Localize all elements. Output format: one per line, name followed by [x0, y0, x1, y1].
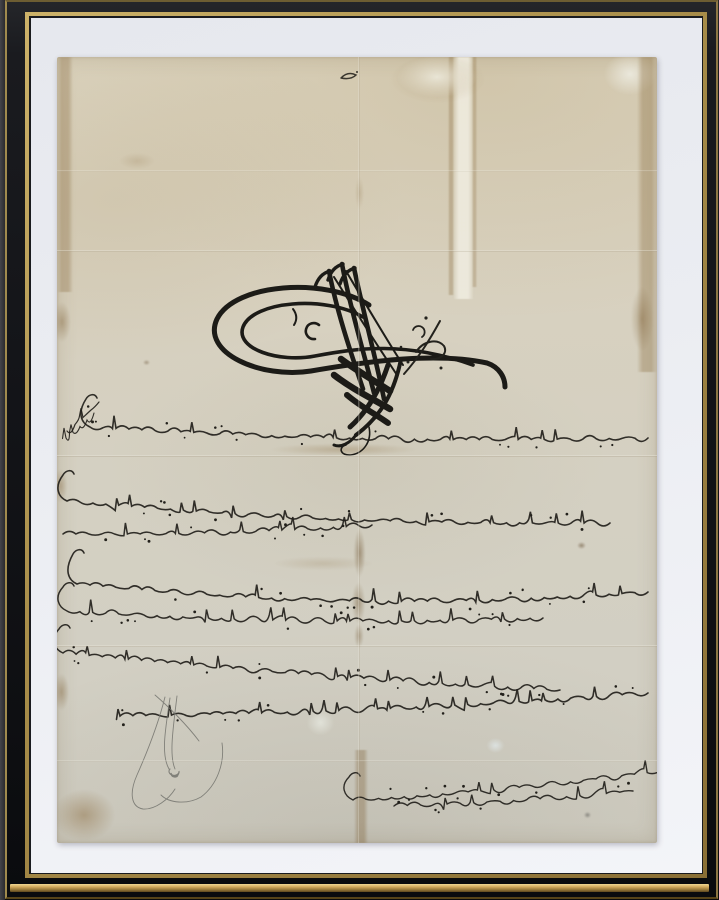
- diacritic-dot: [236, 439, 238, 441]
- diacritic-dot: [550, 517, 552, 519]
- diacritic-dot: [347, 607, 349, 609]
- frame-bottom-gold-stripe: [10, 884, 709, 892]
- manuscript-paper: [57, 57, 657, 843]
- diacritic-dot: [502, 693, 505, 696]
- diacritic-dot: [287, 627, 289, 629]
- diacritic-dot: [611, 444, 613, 446]
- diacritic-dot: [462, 785, 465, 788]
- diacritic-dot: [479, 807, 481, 809]
- diacritic-dot: [632, 687, 634, 689]
- calligraphy-line: [344, 760, 657, 800]
- calligraphy-line: [117, 687, 649, 720]
- diacritic-dot: [319, 604, 322, 607]
- tughra-side-signature: [400, 316, 445, 374]
- invocation-mark: [341, 71, 358, 79]
- diacritic-dot: [588, 587, 590, 589]
- diacritic-dot: [509, 592, 512, 595]
- diacritic-dot: [104, 538, 107, 541]
- diacritic-dot: [442, 712, 445, 715]
- diacritic-dot: [77, 662, 79, 664]
- diacritic-dot: [321, 535, 324, 538]
- diacritic-dot: [348, 510, 350, 512]
- diacritic-dot: [357, 669, 360, 672]
- diacritic-dot: [224, 719, 226, 721]
- diacritic-dot: [397, 687, 399, 689]
- diacritic-dot: [190, 526, 192, 528]
- diacritic-dot: [74, 660, 76, 662]
- diacritic-dot: [535, 791, 537, 793]
- diacritic-dot: [522, 589, 524, 591]
- diacritic-dot: [373, 626, 376, 629]
- diacritic-dot: [148, 540, 151, 543]
- diacritic-dot: [340, 611, 343, 614]
- diacritic-dot: [583, 601, 586, 604]
- diacritic-dot: [371, 606, 374, 609]
- diacritic-dot: [87, 405, 90, 408]
- diacritic-dot: [456, 797, 458, 799]
- diacritic-dot: [549, 603, 551, 605]
- diacritic-dot: [581, 528, 584, 531]
- diacritic-dot: [353, 606, 355, 608]
- diacritic-dot: [507, 446, 509, 448]
- framed-document-photo: Photograph of an aged Ottoman manuscript…: [0, 0, 719, 900]
- diacritic-dot: [497, 793, 500, 796]
- diacritic-dot: [330, 605, 333, 608]
- calligraphy-line: [81, 395, 648, 443]
- diacritic-dot: [121, 709, 123, 711]
- diacritic-dot: [300, 508, 302, 510]
- diacritic-dot: [469, 608, 472, 611]
- diacritic-dot: [486, 691, 488, 693]
- diacritic-dot: [508, 624, 510, 626]
- diacritic-dot: [615, 685, 618, 688]
- diacritic-dot: [422, 711, 424, 713]
- diacritic-dot: [163, 501, 166, 504]
- diacritic-dot: [374, 430, 376, 432]
- diacritic-dot: [193, 610, 196, 613]
- diacritic-dot: [492, 613, 494, 615]
- calligraphy-line: [58, 583, 543, 624]
- calligraphy-line: [63, 517, 372, 536]
- calligraphy-line: [57, 625, 560, 691]
- diacritic-dot: [301, 443, 303, 445]
- picture-frame: [0, 0, 719, 900]
- ink-layer: [57, 57, 657, 843]
- diacritic-dot: [160, 500, 162, 502]
- diacritic-dot: [258, 676, 261, 679]
- diacritic-dot: [367, 628, 370, 631]
- calligraphy-line: [58, 471, 610, 526]
- diacritic-dot: [267, 704, 270, 707]
- diacritic-dot: [434, 809, 436, 811]
- diacritic-dot: [174, 598, 177, 601]
- diacritic-dot: [566, 513, 569, 516]
- pencil-necklace-sketch: [132, 695, 222, 809]
- diacritic-dot: [538, 694, 540, 696]
- diacritic-dot: [489, 708, 491, 710]
- diacritic-dot: [214, 518, 217, 521]
- diacritic-dot: [438, 811, 440, 813]
- diacritic-dot: [389, 788, 391, 790]
- diacritic-dot: [364, 684, 366, 686]
- diacritic-dot: [440, 512, 443, 515]
- diacritic-dot: [600, 445, 602, 447]
- diacritic-dot: [260, 588, 262, 590]
- diacritic-dot: [127, 619, 130, 622]
- diacritic-dot: [279, 592, 282, 595]
- diacritic-dot: [478, 614, 480, 616]
- diacritic-dot: [431, 514, 434, 517]
- diacritic-dot: [238, 719, 240, 721]
- diacritic-dot: [425, 787, 427, 789]
- diacritic-dot: [206, 671, 208, 673]
- diacritic-dot: [627, 782, 630, 785]
- diacritic-dot: [91, 420, 94, 423]
- diacritic-dot: [535, 446, 537, 448]
- diacritic-dot: [563, 703, 565, 705]
- diacritic-dot: [134, 620, 136, 622]
- mat-board: [29, 16, 703, 874]
- frame-left-edge: [0, 0, 5, 900]
- diacritic-dot: [169, 514, 172, 517]
- diacritic-dot: [221, 425, 223, 427]
- diacritic-dot: [432, 676, 435, 679]
- diacritic-dot: [258, 663, 260, 665]
- diacritic-dot: [408, 799, 410, 801]
- tughra: [214, 264, 505, 455]
- diacritic-dot: [176, 719, 178, 721]
- diacritic-dot: [284, 523, 287, 526]
- diacritic-dot: [95, 421, 97, 423]
- diacritic-dot: [274, 538, 276, 540]
- diacritic-dot: [91, 620, 93, 622]
- diacritic-dot: [122, 723, 125, 726]
- diacritic-dot: [303, 534, 305, 536]
- diacritic-dot: [144, 538, 146, 540]
- diacritic-dot: [143, 512, 145, 514]
- diacritic-dot: [444, 785, 447, 788]
- diacritic-dot: [108, 435, 110, 437]
- diacritic-dot: [166, 422, 169, 425]
- calligraphy-line: [68, 550, 648, 605]
- diacritic-dot: [530, 514, 532, 516]
- frame-inner-gold-fillet: [25, 12, 707, 878]
- diacritic-dot: [617, 785, 619, 787]
- diacritic-dot: [72, 646, 74, 648]
- diacritic-dot: [120, 622, 122, 624]
- diacritic-dot: [499, 444, 501, 446]
- diacritic-dot: [184, 437, 186, 439]
- diacritic-dot: [214, 426, 217, 429]
- diacritic-dot: [507, 695, 509, 697]
